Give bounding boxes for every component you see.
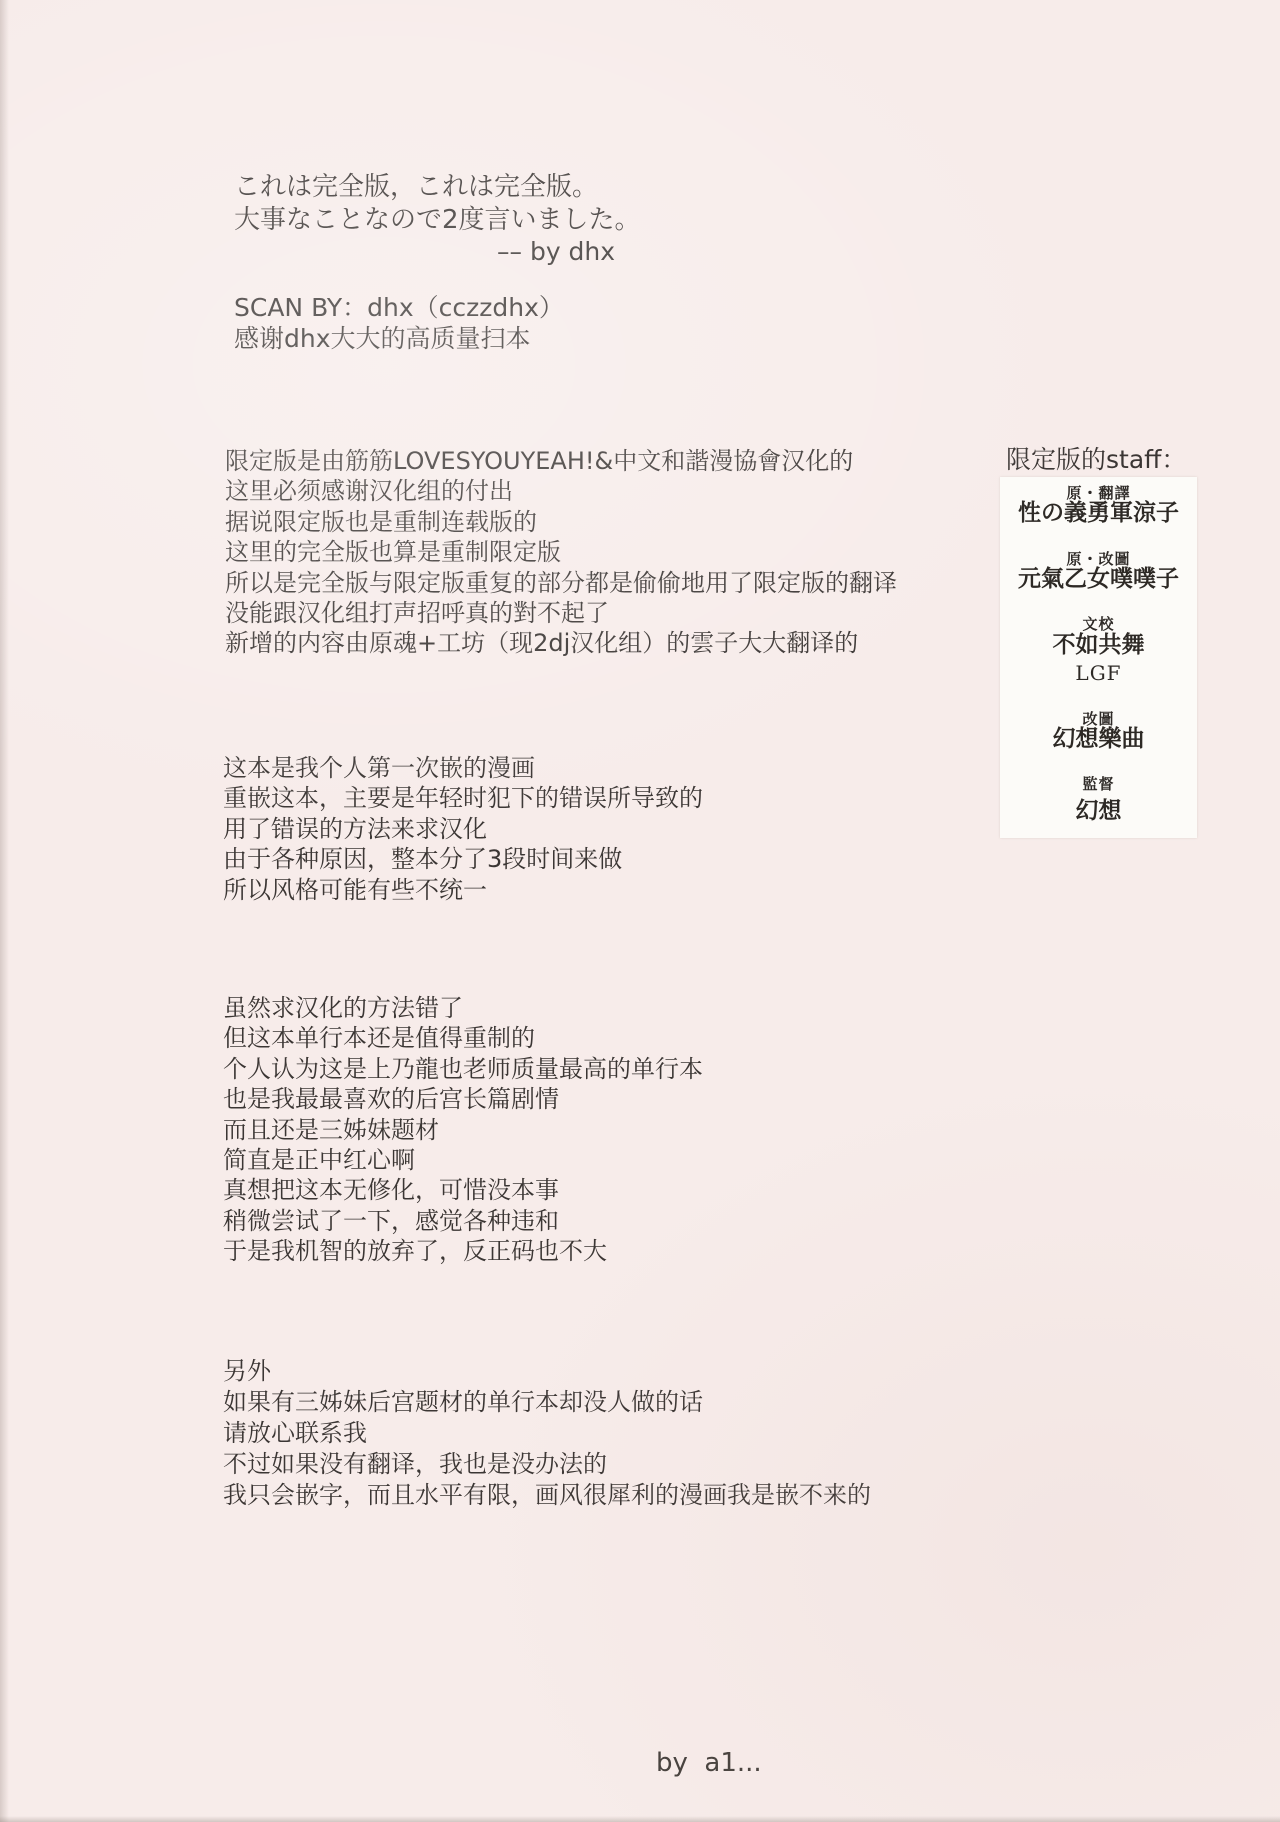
text-line: 如果有三姊妹后宫题材的单行本却没人做的话: [223, 1387, 871, 1418]
text-line: 虽然求汉化的方法错了: [223, 993, 703, 1023]
text-line: 请放心联系我: [223, 1418, 871, 1449]
text-line: 这里的完全版也算是重制限定版: [225, 537, 897, 567]
first-work-paragraph: 这本是我个人第一次嵌的漫画 重嵌这本，主要是年轻时犯下的错误所导致的 用了错误的…: [223, 753, 703, 905]
intro-paragraph: これは完全版，これは完全版。 大事なことなので2度言いました。: [234, 171, 641, 236]
text-line: 个人认为这是上乃龍也老师质量最高的单行本: [223, 1054, 703, 1084]
scan-credit-line: 感谢dhx大大的高质量扫本: [234, 323, 564, 354]
text-line: 据说限定版也是重制连载版的: [225, 507, 897, 537]
text-line: 另外: [223, 1356, 871, 1387]
footer-byline: by a1...: [656, 1748, 762, 1778]
staff-role: 監督: [1000, 773, 1197, 794]
text-line: 我只会嵌字，而且水平有限，画风很犀利的漫画我是嵌不来的: [223, 1480, 871, 1511]
worth-remake-paragraph: 虽然求汉化的方法错了 但这本单行本还是值得重制的 个人认为这是上乃龍也老师质量最…: [223, 993, 703, 1267]
text-line: 所以风格可能有些不统一: [223, 875, 703, 905]
text-line: 这本是我个人第一次嵌的漫画: [223, 753, 703, 783]
intro-byline: –– by dhx: [497, 237, 615, 266]
staff-name: LGF: [1000, 659, 1197, 687]
text-line: 没能跟汉化组打声招呼真的對不起了: [225, 598, 897, 628]
staff-title: 限定版的staff：: [1006, 440, 1186, 476]
scan-credit-paragraph: SCAN BY：dhx（cczzdhx） 感谢dhx大大的高质量扫本: [234, 292, 564, 354]
text-line: 而且还是三姊妹题材: [223, 1115, 703, 1145]
staff-name: 性の義勇軍涼子: [1000, 499, 1197, 527]
staff-name: 元氣乙女噗噗子: [1000, 565, 1197, 593]
staff-name: 幻想樂曲: [1000, 725, 1197, 753]
intro-line: これは完全版，これは完全版。: [234, 171, 641, 204]
text-line: 限定版是由筋筋LOVESYOUYEAH!&中文和諧漫協會汉化的: [225, 446, 897, 476]
text-line: 但这本单行本还是值得重制的: [223, 1023, 703, 1053]
staff-credit-box: 原・翻譯 性の義勇軍涼子 原・改圖 元氣乙女噗噗子 文校 不如共舞 LGF 改圖…: [1000, 477, 1197, 838]
scan-credit-line: SCAN BY：dhx（cczzdhx）: [234, 292, 564, 323]
scanned-afterword-page: これは完全版，これは完全版。 大事なことなので2度言いました。 –– by dh…: [0, 0, 1280, 1822]
scan-edge-left: [0, 0, 9, 1822]
text-line: 也是我最最喜欢的后宫长篇剧情: [223, 1084, 703, 1114]
contact-paragraph: 另外 如果有三姊妹后宫题材的单行本却没人做的话 请放心联系我 不过如果没有翻译，…: [223, 1356, 871, 1511]
text-line: 不过如果没有翻译，我也是没办法的: [223, 1449, 871, 1480]
text-line: 由于各种原因，整本分了3段时间来做: [223, 844, 703, 874]
text-line: 于是我机智的放弃了，反正码也不大: [223, 1236, 703, 1266]
staff-name: 不如共舞: [1000, 631, 1197, 659]
scan-edge-bottom: [0, 1816, 1280, 1822]
text-line: 重嵌这本，主要是年轻时犯下的错误所导致的: [223, 783, 703, 813]
limited-edition-paragraph: 限定版是由筋筋LOVESYOUYEAH!&中文和諧漫協會汉化的 这里必须感谢汉化…: [225, 446, 897, 659]
text-line: 这里必须感谢汉化组的付出: [225, 476, 897, 506]
text-line: 稍微尝试了一下，感觉各种违和: [223, 1206, 703, 1236]
text-line: 简直是正中红心啊: [223, 1145, 703, 1175]
text-line: 真想把这本无修化，可惜没本事: [223, 1175, 703, 1205]
text-line: 新增的内容由原魂+工坊（现2dj汉化组）的雲子大大翻译的: [225, 628, 897, 658]
staff-name: 幻想: [1000, 797, 1197, 825]
intro-line: 大事なことなので2度言いました。: [234, 204, 641, 237]
text-line: 所以是完全版与限定版重复的部分都是偷偷地用了限定版的翻译: [225, 568, 897, 598]
text-line: 用了错误的方法来求汉化: [223, 814, 703, 844]
